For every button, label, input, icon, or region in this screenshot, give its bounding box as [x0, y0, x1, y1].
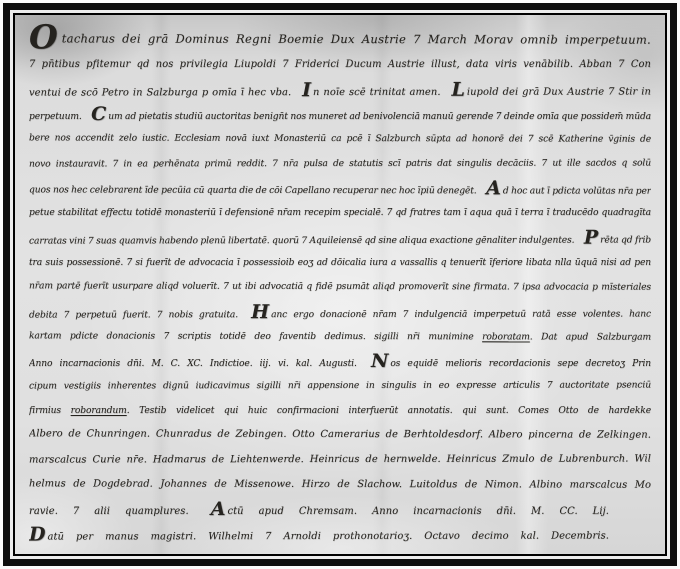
text-run: roborandum — [71, 406, 127, 416]
manuscript-line-5: bere nos accendit zelo iustic. Ecclesiam… — [29, 126, 651, 152]
illuminated-initial: D — [29, 524, 48, 546]
illuminated-initial: C — [84, 103, 108, 125]
manuscript-line-4: perpetuum. Cum ad pietatis studiū auctor… — [29, 102, 651, 127]
illuminated-initial: P — [577, 226, 600, 248]
manuscript-line-9: carratas vini 7 suas quamvis habendo ple… — [29, 225, 651, 251]
text-run: marscalcus Curie nr̄e. Hadmarus de Lieht… — [29, 453, 651, 465]
manuscript-line-16: firmius roborandum. Testib videlicet qui… — [29, 399, 651, 424]
text-run: rēta qd frib — [600, 235, 651, 245]
text-run: debita 7 perpetuū fuerit. 7 nobis gratui… — [29, 310, 244, 320]
text-run: carratas vini 7 suas quamvis habendo ple… — [29, 235, 577, 246]
illuminated-initial: I — [295, 79, 313, 101]
manuscript-line-7: quos nos hec celebrarent īde pecūia cū q… — [29, 176, 651, 202]
illuminated-initial: A — [479, 178, 503, 200]
charter-photograph: Otacharus dei grā Dominus Regni Boemie D… — [0, 0, 680, 569]
text-run: roboratam — [482, 332, 530, 342]
manuscript-line-2: 7 pn̄tibus pfitemur qd nos privilegia Li… — [29, 53, 651, 78]
manuscript-line-17: Albero de Chunringen. Chunradus de Zebin… — [29, 423, 651, 449]
text-run: ravie. 7 alii quamplures. — [29, 506, 204, 517]
text-run: atū per manus magistri. Wilhelmi 7 Arnol… — [47, 531, 609, 543]
illuminated-initial: H — [244, 301, 271, 323]
text-run: n noīe scē trinitat amen. — [313, 87, 444, 98]
manuscript-line-12: debita 7 perpetuū fuerit. 7 nobis gratui… — [29, 299, 651, 325]
text-run: anc ergo donacionē nr̄am 7 indulgenciā i… — [271, 309, 651, 320]
text-run: tacharus dei grā Dominus Regni Boemie Du… — [62, 31, 651, 46]
illuminated-initial: N — [364, 350, 390, 372]
manuscript-line-20: ravie. 7 alii quamplures. Actū apud Chre… — [29, 497, 651, 522]
illuminated-initial: A — [204, 498, 228, 520]
text-run: firmius — [29, 406, 71, 416]
text-run: nr̄am partē fuerīt usurpare aliqd voluer… — [29, 282, 651, 293]
text-run: Anno incarnacionis dn̄i. M. C. XC. Indic… — [29, 359, 364, 369]
text-run: bere nos accendit zelo iustic. Ecclesiam… — [29, 133, 651, 144]
text-run: d hoc aut ī pdicta volūtas nr̄a per — [503, 187, 651, 197]
text-run: . Testib videlicet qui huic confirmacion… — [127, 406, 651, 416]
text-run: os equidē melioris recordacionis sepe de… — [390, 359, 651, 369]
text-run: petue stabilitat effectu totidē monaster… — [29, 208, 651, 218]
manuscript-line-6: novo instauravit. 7 in ea perhēnata prim… — [29, 151, 651, 177]
manuscript-line-21: Datū per manus magistri. Wilhelmi 7 Arno… — [29, 522, 651, 548]
text-run: ventui de scō Petro in Salzburga p omīa … — [29, 87, 295, 98]
manuscript-line-19: helmus de Dogdebrad. Johannes de Misseno… — [29, 472, 651, 498]
text-run: kartam pdicte donacionis 7 scriptis toti… — [29, 331, 482, 342]
manuscript-line-14: Anno incarnacionis dn̄i. M. C. XC. Indic… — [29, 349, 651, 374]
illuminated-initial: L — [444, 78, 466, 100]
text-run: . Dat apud Salzburgam — [530, 332, 651, 342]
manuscript-line-8: petue stabilitat effectu totidē monaster… — [29, 201, 651, 226]
manuscript-line-1: Otacharus dei grā Dominus Regni Boemie D… — [29, 22, 651, 53]
parchment: Otacharus dei grā Dominus Regni Boemie D… — [15, 15, 665, 554]
text-run: quos nos hec celebrarent īde pecūia cū q… — [29, 186, 479, 197]
text-run: ctū apud Chremsam. Anno incarnacionis dn… — [227, 506, 609, 517]
manuscript-line-10: tra suis possessionē. 7 si fuerīt de adv… — [29, 251, 651, 276]
text-run: cipum vestigiis inherentes dignū iudicav… — [29, 380, 651, 391]
text-run: tra suis possessionē. 7 si fuerīt de adv… — [29, 258, 651, 268]
manuscript-line-15: cipum vestigiis inherentes dignū iudicav… — [29, 373, 651, 399]
manuscript-line-18: marscalcus Curie nr̄e. Hadmarus de Lieht… — [29, 447, 651, 473]
text-run: 7 pn̄tibus pfitemur qd nos privilegia Li… — [29, 59, 651, 70]
manuscript-line-3: ventui de scō Petro in Salzburga p omīa … — [29, 77, 651, 103]
illuminated-initial: O — [29, 22, 62, 53]
manuscript-line-13: kartam pdicte donacionis 7 scriptis toti… — [29, 324, 651, 350]
manuscript-text: Otacharus dei grā Dominus Regni Boemie D… — [15, 15, 665, 554]
text-run: novo instauravit. 7 in ea perhēnata prim… — [29, 158, 651, 169]
text-run: helmus de Dogdebrad. Johannes de Misseno… — [29, 478, 651, 490]
manuscript-line-11: nr̄am partē fuerīt usurpare aliqd voluer… — [29, 275, 651, 301]
text-run: iupold dei grā Dux Austrie 7 Stir in — [467, 86, 651, 97]
text-run: perpetuum. — [29, 112, 84, 122]
text-run: um ad pietatis studiū auctoritas benign̄… — [108, 112, 651, 122]
text-run: Albero de Chunringen. Chunradus de Zebin… — [29, 429, 651, 449]
